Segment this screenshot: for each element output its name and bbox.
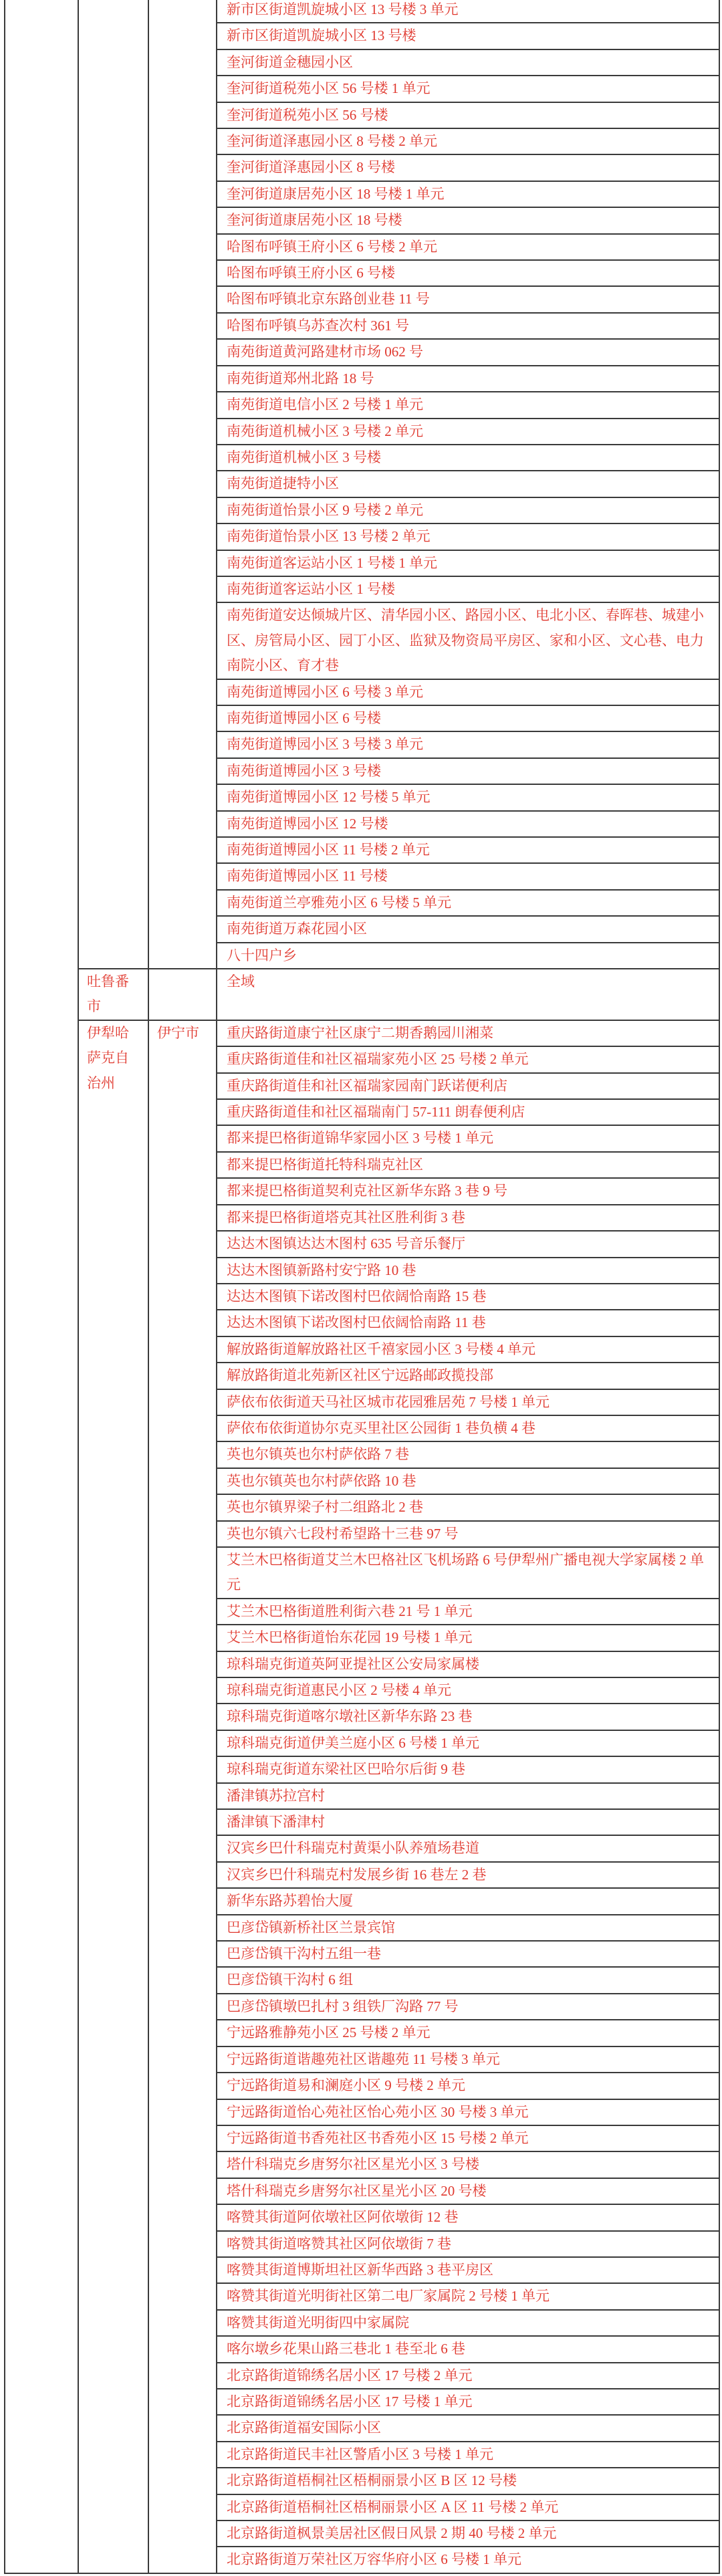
table-row: 吐鲁番市全域 [5, 969, 719, 1020]
area-cell: 潘津镇苏拉宫村 [217, 1783, 719, 1809]
area-cell: 英也尔镇六七段村希望路十三巷 97 号 [217, 1521, 719, 1547]
area-cell: 哈图布呼镇王府小区 6 号楼 [217, 260, 719, 286]
area-cell: 北京路街道福安国际小区 [217, 2415, 719, 2441]
area-cell: 北京路街道梧桐社区梧桐丽景小区 B 区 12 号楼 [217, 2468, 719, 2494]
area-cell: 塔什科瑞克乡唐努尔社区星光小区 3 号楼 [217, 2151, 719, 2178]
area-cell: 重庆路街道佳和社区福瑞家园南门跃诺便利店 [217, 1073, 719, 1099]
area-cell: 南苑街道黄河路建材市场 062 号 [217, 339, 719, 365]
area-cell: 奎河街道康居苑小区 18 号楼 1 单元 [217, 181, 719, 207]
area-cell: 宁远路街道怡心苑社区怡心苑小区 30 号楼 3 单元 [217, 2099, 719, 2125]
area-cell: 琼科瑞克街道惠民小区 2 号楼 4 单元 [217, 1677, 719, 1704]
prefecture-cell: 伊犁哈萨克自治州 [78, 1020, 148, 2573]
area-cell: 萨依布依街道天马社区城市花园雅居苑 7 号楼 1 单元 [217, 1389, 719, 1415]
area-cell: 南苑街道博园小区 11 号楼 [217, 863, 719, 889]
area-cell: 达达木图镇新路村安宁路 10 巷 [217, 1258, 719, 1284]
area-cell: 南苑街道怡景小区 9 号楼 2 单元 [217, 497, 719, 523]
area-cell: 喀赞其街道博斯坦社区新华西路 3 巷平房区 [217, 2257, 719, 2283]
area-cell: 琼科瑞克街道东梁社区巴哈尔后街 9 巷 [217, 1756, 719, 1782]
area-cell: 北京路街道梧桐社区梧桐丽景小区 A 区 11 号楼 2 单元 [217, 2494, 719, 2521]
area-cell: 达达木图镇下诺改图村巴依阔恰南路 15 巷 [217, 1284, 719, 1310]
area-cell: 八十四户乡 [217, 943, 719, 969]
area-cell: 奎河街道金穗园小区 [217, 49, 719, 76]
area-cell: 北京路街道锦绣名居小区 17 号楼 2 单元 [217, 2363, 719, 2389]
area-cell: 巴彦岱镇新桥社区兰景宾馆 [217, 1915, 719, 1941]
area-cell: 奎河街道税苑小区 56 号楼 1 单元 [217, 76, 719, 102]
area-cell: 达达木图镇下诺改图村巴依阔恰南路 11 巷 [217, 1310, 719, 1336]
prefecture-cell [78, 0, 148, 969]
area-cell: 南苑街道客运站小区 1 号楼 [217, 576, 719, 602]
area-cell: 哈图布呼镇王府小区 6 号楼 2 单元 [217, 234, 719, 260]
area-cell: 新华东路苏碧怡大厦 [217, 1888, 719, 1914]
area-cell: 南苑街道博园小区 12 号楼 [217, 811, 719, 837]
area-cell: 解放路街道北苑新区社区宁远路邮政揽投部 [217, 1363, 719, 1389]
area-cell: 南苑街道机械小区 3 号楼 [217, 445, 719, 471]
area-cell: 北京路街道锦绣名居小区 17 号楼 1 单元 [217, 2389, 719, 2415]
area-cell: 都来提巴格街道锦华家园小区 3 号楼 1 单元 [217, 1125, 719, 1151]
area-cell: 奎河街道泽惠园小区 8 号楼 [217, 154, 719, 181]
area-cell: 北京路街道民丰社区警盾小区 3 号楼 1 单元 [217, 2442, 719, 2468]
area-cell: 南苑街道捷特小区 [217, 471, 719, 497]
area-cell: 南苑街道博园小区 6 号楼 [217, 705, 719, 731]
area-cell: 南苑街道兰亭雅苑小区 6 号楼 5 单元 [217, 890, 719, 916]
area-cell: 塔什科瑞克乡唐努尔社区星光小区 20 号楼 [217, 2178, 719, 2204]
area-cell: 喀赞其街道光明街四中家属院 [217, 2310, 719, 2336]
table-row: 伊犁哈萨克自治州伊宁市重庆路街道康宁社区康宁二期香鹅园川湘菜 [5, 1020, 719, 1046]
area-cell: 汉宾乡巴什科瑞克村黄渠小队养殖场巷道 [217, 1835, 719, 1861]
city-cell: 伊宁市 [148, 1020, 217, 2573]
area-cell: 南苑街道博园小区 11 号楼 2 单元 [217, 837, 719, 863]
province-cell [5, 0, 78, 2573]
risk-area-table: 新市区街道凯旋城小区 13 号楼 3 单元新市区街道凯旋城小区 13 号楼奎河街… [4, 0, 720, 2574]
area-cell: 艾兰木巴格街道胜利街六巷 21 号 1 单元 [217, 1599, 719, 1625]
area-cell: 重庆路街道佳和社区福瑞南门 57-111 朗春便利店 [217, 1099, 719, 1125]
area-cell: 都来提巴格街道契利克社区新华东路 3 巷 9 号 [217, 1178, 719, 1204]
area-cell: 南苑街道博园小区 12 号楼 5 单元 [217, 784, 719, 810]
area-cell: 解放路街道解放路社区千禧家园小区 3 号楼 4 单元 [217, 1336, 719, 1363]
area-cell: 潘津镇下潘津村 [217, 1809, 719, 1835]
area-cell: 重庆路街道佳和社区福瑞家苑小区 25 号楼 2 单元 [217, 1046, 719, 1072]
area-cell: 萨依布依街道协尔克买里社区公园街 1 巷负横 4 巷 [217, 1415, 719, 1441]
area-cell: 南苑街道博园小区 6 号楼 3 单元 [217, 679, 719, 705]
area-cell: 英也尔镇界梁子村二组路北 2 巷 [217, 1494, 719, 1520]
area-cell: 南苑街道机械小区 3 号楼 2 单元 [217, 419, 719, 445]
area-cell: 都来提巴格街道托特科瑞克社区 [217, 1152, 719, 1178]
area-cell: 英也尔镇英也尔村萨依路 7 巷 [217, 1441, 719, 1468]
city-cell [148, 0, 217, 969]
area-cell: 宁远路街道谐趣苑社区谐趣苑 11 号楼 3 单元 [217, 2046, 719, 2073]
document-page: 新市区街道凯旋城小区 13 号楼 3 单元新市区街道凯旋城小区 13 号楼奎河街… [0, 0, 722, 2576]
area-cell: 重庆路街道康宁社区康宁二期香鹅园川湘菜 [217, 1020, 719, 1046]
area-cell: 哈图布呼镇北京东路创业巷 11 号 [217, 286, 719, 312]
area-cell: 新市区街道凯旋城小区 13 号楼 3 单元 [217, 0, 719, 23]
area-cell: 喀赞其街道喀赞其社区阿依墩街 7 巷 [217, 2231, 719, 2257]
area-cell: 南苑街道客运站小区 1 号楼 1 单元 [217, 550, 719, 576]
area-cell: 喀赞其街道光明街社区第二电厂家属院 2 号楼 1 单元 [217, 2283, 719, 2309]
area-cell: 宁远路街道书香苑社区书香苑小区 15 号楼 2 单元 [217, 2125, 719, 2151]
area-cell: 琼科瑞克街道英阿亚提社区公安局家属楼 [217, 1651, 719, 1677]
area-cell: 都来提巴格街道塔克其社区胜利街 3 巷 [217, 1205, 719, 1231]
area-cell: 北京路街道枫景美居社区假日风景 2 期 40 号楼 2 单元 [217, 2521, 719, 2547]
table-row: 新市区街道凯旋城小区 13 号楼 3 单元 [5, 0, 719, 23]
area-cell: 奎河街道康居苑小区 18 号楼 [217, 207, 719, 233]
area-cell: 南苑街道安达倾城片区、清华园小区、路园小区、电北小区、春晖巷、城建小区、房管局小… [217, 602, 719, 679]
area-cell: 喀赞其街道阿依墩社区阿依墩街 12 巷 [217, 2204, 719, 2230]
area-cell: 奎河街道税苑小区 56 号楼 [217, 102, 719, 128]
area-cell: 北京路街道万荣社区万容华府小区 6 号楼 1 单元 [217, 2547, 719, 2573]
area-cell: 英也尔镇英也尔村萨依路 10 巷 [217, 1468, 719, 1494]
area-cell: 南苑街道郑州北路 18 号 [217, 366, 719, 392]
area-cell: 巴彦岱镇墩巴扎村 3 组铁厂沟路 77 号 [217, 1994, 719, 2020]
prefecture-cell: 吐鲁番市 [78, 969, 148, 1020]
area-cell: 巴彦岱镇干沟村 6 组 [217, 1967, 719, 1993]
area-cell: 琼科瑞克街道喀尔墩社区新华东路 23 巷 [217, 1704, 719, 1730]
area-cell: 南苑街道博园小区 3 号楼 3 单元 [217, 731, 719, 757]
area-cell: 南苑街道万森花园小区 [217, 916, 719, 942]
area-cell: 全域 [217, 969, 719, 1020]
area-cell: 新市区街道凯旋城小区 13 号楼 [217, 23, 719, 49]
area-cell: 巴彦岱镇干沟村五组一巷 [217, 1941, 719, 1967]
area-cell: 南苑街道博园小区 3 号楼 [217, 758, 719, 784]
area-cell: 宁远路街道易和澜庭小区 9 号楼 2 单元 [217, 2073, 719, 2099]
area-cell: 南苑街道怡景小区 13 号楼 2 单元 [217, 523, 719, 550]
area-cell: 喀尔墩乡花果山路三巷北 1 巷至北 6 巷 [217, 2336, 719, 2362]
area-cell: 艾兰木巴格街道艾兰木巴格社区飞机场路 6 号伊犁州广播电视大学家属楼 2 单元 [217, 1547, 719, 1599]
area-cell: 汉宾乡巴什科瑞克村发展乡街 16 巷左 2 巷 [217, 1862, 719, 1888]
area-cell: 奎河街道泽惠园小区 8 号楼 2 单元 [217, 128, 719, 154]
area-cell: 琼科瑞克街道伊美兰庭小区 6 号楼 1 单元 [217, 1730, 719, 1756]
city-cell [148, 969, 217, 1020]
area-cell: 达达木图镇达达木图村 635 号音乐餐厅 [217, 1231, 719, 1257]
area-cell: 南苑街道电信小区 2 号楼 1 单元 [217, 392, 719, 418]
area-cell: 艾兰木巴格街道怡东花园 19 号楼 1 单元 [217, 1625, 719, 1651]
area-cell: 宁远路雅静苑小区 25 号楼 2 单元 [217, 2020, 719, 2046]
risk-table-body: 新市区街道凯旋城小区 13 号楼 3 单元新市区街道凯旋城小区 13 号楼奎河街… [5, 0, 719, 2573]
area-cell: 哈图布呼镇乌苏查次村 361 号 [217, 313, 719, 339]
